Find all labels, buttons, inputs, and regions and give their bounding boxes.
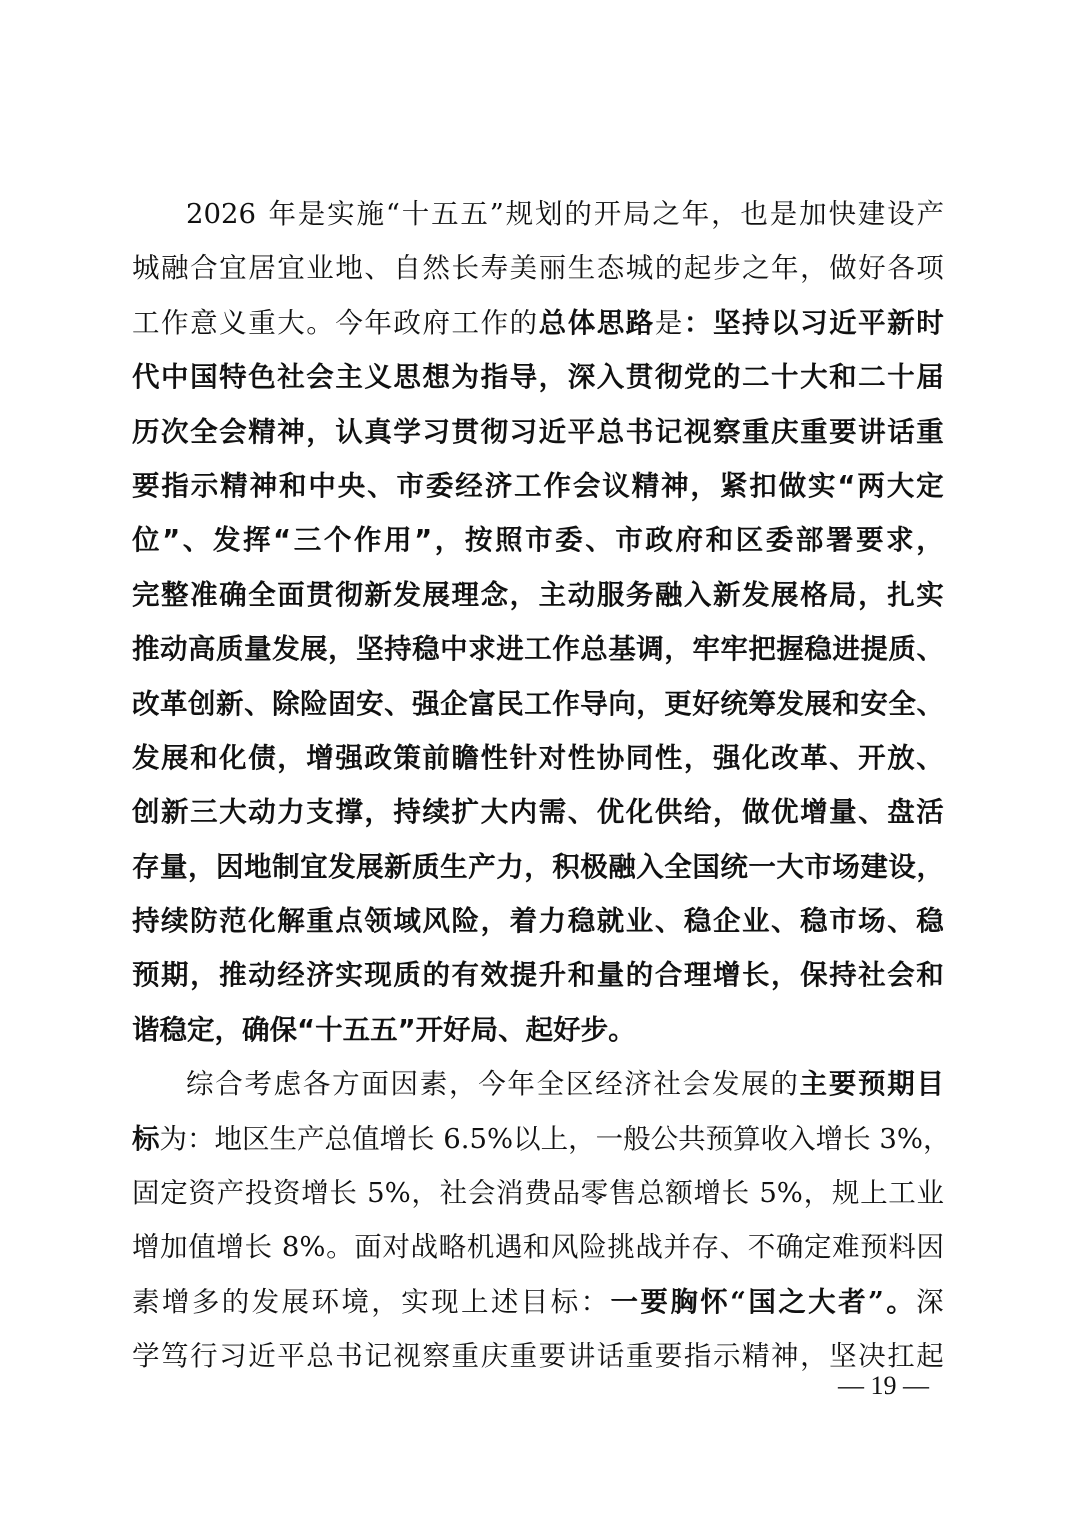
body-text: 并 (663, 1220, 691, 1274)
body-text: 料 (888, 1220, 916, 1274)
emphasis-heiti-text: 策 (393, 731, 421, 785)
emphasis-heiti-text: 扩 (452, 785, 480, 839)
emphasis-heiti-text: 防 (190, 894, 218, 948)
body-text: 融 (161, 241, 189, 295)
emphasis-heiti-text: 盘 (887, 785, 915, 839)
emphasis-heiti-text: 好 (692, 677, 720, 731)
body-text: 确 (776, 1220, 804, 1274)
body-text: 话 (597, 1329, 625, 1383)
emphasis-heiti-text: 局 (471, 1003, 499, 1057)
body-text: 年 (268, 187, 296, 241)
emphasis-heiti-text: 次 (161, 405, 189, 459)
emphasis-heiti-text: 入 (636, 840, 664, 894)
emphasis-heiti-text: 用 (384, 513, 412, 567)
emphasis-heiti-text: 国 (692, 840, 720, 894)
emphasis-heiti-text: 、 (244, 677, 272, 731)
body-text (435, 1112, 444, 1166)
emphasis-heiti-text: ， (481, 894, 509, 948)
emphasis-heiti-text: 照 (495, 513, 523, 567)
emphasis-heiti-text: 书 (626, 405, 654, 459)
emphasis-heiti-text: ， (771, 948, 799, 1002)
emphasis-heiti-text: 展 (161, 731, 189, 785)
emphasis-heiti-text: 展 (771, 568, 799, 622)
emphasis-heiti-text: ， (690, 459, 718, 513)
emphasis-heiti-text: 深 (568, 350, 596, 404)
emphasis-heiti-text: 市 (397, 459, 425, 513)
body-text: 是 (298, 187, 326, 241)
emphasis-heiti-text: 指 (161, 459, 189, 513)
emphasis-heiti-text: 给 (684, 785, 712, 839)
emphasis-heiti-text: 想 (422, 350, 450, 404)
body-text: 工 (888, 1166, 916, 1220)
emphasis-heiti-text: 神 (277, 405, 305, 459)
bold-text: 之 (778, 1275, 806, 1329)
body-text: 寿 (481, 241, 509, 295)
body-text: 各 (887, 241, 915, 295)
body-text: 长 (843, 1112, 871, 1166)
emphasis-heiti-text: 制 (272, 840, 300, 894)
bold-text: ” (868, 1275, 884, 1329)
emphasis-heiti-text: 稳 (412, 622, 440, 676)
emphasis-heiti-text: 活 (916, 785, 944, 839)
emphasis-heiti-text: 精 (220, 459, 248, 513)
body-text: 近 (248, 1329, 276, 1383)
body-text: 地 (215, 1112, 243, 1166)
body-text: 上 (541, 1112, 569, 1166)
emphasis-heiti-text: 作 (543, 459, 571, 513)
page-number: — 19 — (838, 1371, 929, 1401)
emphasis-heiti-text: 五 (343, 1003, 371, 1057)
text-line: 代中国特色社会主义思想为指导，深入贯彻党的二十大和二十届 (132, 350, 944, 404)
body-text: 的 (564, 187, 592, 241)
body-text: 总 (637, 1166, 665, 1220)
emphasis-heiti-text: 讲 (858, 405, 886, 459)
emphasis-heiti-text: 极 (580, 840, 608, 894)
body-text: 设 (887, 187, 915, 241)
emphasis-heiti-text: 政 (645, 513, 673, 567)
emphasis-heiti-text: 务 (626, 568, 654, 622)
emphasis-heiti-text: 全 (190, 405, 218, 459)
body-text: 学 (132, 1329, 160, 1383)
emphasis-heiti-text: 面 (277, 568, 305, 622)
emphasis-heiti-text: 坚 (356, 622, 384, 676)
body-text: 态 (597, 241, 625, 295)
emphasis-heiti-text: 统 (720, 677, 748, 731)
body-text: 长 (407, 1112, 435, 1166)
emphasis-heiti-text: 、 (498, 1003, 526, 1057)
emphasis-heiti-text: ， (713, 785, 741, 839)
emphasis-heiti-text: 国 (190, 350, 218, 404)
emphasis-heiti-text: 力 (277, 785, 305, 839)
body-text: 察 (422, 1329, 450, 1383)
body-text: 社 (654, 1057, 682, 1111)
body-text: 好 (858, 241, 886, 295)
body-text: 五 (431, 187, 459, 241)
body-text: 对 (382, 1220, 410, 1274)
emphasis-heiti-text: 总 (580, 622, 608, 676)
emphasis-heiti-text: 三 (190, 785, 218, 839)
emphasis-heiti-text: 十 (315, 1003, 343, 1057)
emphasis-heiti-text: 全 (248, 568, 276, 622)
body-text: 重 (248, 296, 276, 350)
text-line: 固定资产投资增长 5%，社会消费品零售总额增长 5%，规上工业 (132, 1166, 944, 1220)
body-text: 指 (684, 1329, 712, 1383)
body-text: 共 (678, 1112, 706, 1166)
emphasis-heiti-text: 个 (324, 513, 352, 567)
emphasis-heiti-text: 量 (597, 948, 625, 1002)
emphasis-heiti-text: 宜 (300, 840, 328, 894)
emphasis-heiti-text: 做 (779, 459, 807, 513)
emphasis-heiti-text: 续 (161, 894, 189, 948)
emphasis-heiti-text: 提 (860, 622, 888, 676)
emphasis-heiti-text: 会 (887, 948, 915, 1002)
emphasis-heiti-text: 增 (306, 731, 334, 785)
body-text: 施 (356, 187, 384, 241)
paragraph: 2026 年是实施“十五五”规划的开局之年，也是加快建设产城融合宜居宜业地、自然… (132, 187, 944, 1057)
emphasis-heiti-text: 学 (393, 405, 421, 459)
text-line: 工作意义重大。今年政府工作的总体思路是：坚持以习近平新时 (132, 296, 944, 350)
emphasis-heiti-text: 社 (277, 350, 305, 404)
body-text: 济 (624, 1057, 652, 1111)
emphasis-heiti-text: 政 (364, 731, 392, 785)
emphasis-heiti-text: 量 (829, 785, 857, 839)
emphasis-heiti-text: 筹 (748, 677, 776, 731)
body-text: 工 (452, 296, 480, 350)
emphasis-heiti-text: 化 (219, 731, 247, 785)
body-text: 业 (916, 1166, 944, 1220)
emphasis-heiti-text: 念 (481, 568, 509, 622)
emphasis-heiti-text: 和 (568, 948, 596, 1002)
body-text: 起 (684, 241, 712, 295)
emphasis-heiti-text: 部 (796, 513, 824, 567)
emphasis-heiti-text: 、 (858, 785, 886, 839)
body-text: 重 (510, 1329, 538, 1383)
emphasis-heiti-text: 、 (916, 677, 944, 731)
emphasis-heiti-text: 现 (364, 948, 392, 1002)
emphasis-heiti-text: 要 (829, 405, 857, 459)
emphasis-heiti-text: 积 (552, 840, 580, 894)
body-text: 以 (513, 1112, 541, 1166)
body-text: 5% (759, 1166, 803, 1220)
emphasis-heiti-text: 牢 (720, 622, 748, 676)
body-text: 合 (190, 241, 218, 295)
emphasis-heiti-text: ： (684, 296, 712, 350)
emphasis-heiti-text: “ (273, 513, 291, 567)
emphasis-heiti-text: 产 (468, 840, 496, 894)
emphasis-heiti-text: 位 (132, 513, 160, 567)
emphasis-heiti-text: 导 (580, 677, 608, 731)
emphasis-heiti-text: 质 (216, 622, 244, 676)
body-text: 考 (244, 1057, 272, 1111)
body-text: 书 (335, 1329, 363, 1383)
body-text: 规 (506, 187, 534, 241)
emphasis-heiti-text: 稳 (160, 1003, 188, 1057)
emphasis-heiti-text: 委 (766, 513, 794, 567)
body-text: 年 (682, 187, 710, 241)
emphasis-heiti-text: 彻 (481, 405, 509, 459)
emphasis-heiti-text: 化 (626, 785, 654, 839)
body-text: ， (923, 1112, 951, 1166)
body-text: ， (800, 1329, 828, 1383)
emphasis-heiti-text: 动 (248, 948, 276, 1002)
body-text: 略 (439, 1220, 467, 1274)
body-text: 机 (467, 1220, 495, 1274)
body-text: 深 (916, 1275, 944, 1329)
emphasis-heiti-text: ， (858, 568, 886, 622)
emphasis-heiti-text: 记 (655, 405, 683, 459)
emphasis-heiti-text: 总 (597, 405, 625, 459)
body-text: 长 (722, 1166, 750, 1220)
bold-text: 国 (748, 1275, 776, 1329)
emphasis-heiti-text: 求 (886, 513, 914, 567)
body-text: 宜 (277, 241, 305, 295)
emphasis-heiti-text: 重 (916, 405, 944, 459)
emphasis-heiti-text: 认 (335, 405, 363, 459)
emphasis-heiti-text: 的 (713, 350, 741, 404)
emphasis-heiti-text: 进 (832, 622, 860, 676)
body-text: ， (568, 1112, 596, 1166)
emphasis-heiti-text: 稳 (800, 894, 828, 948)
emphasis-heiti-text: 央 (338, 459, 366, 513)
emphasis-heiti-text: 作 (552, 677, 580, 731)
emphasis-heiti-text: 握 (776, 622, 804, 676)
emphasis-heiti-text: 坚 (713, 296, 741, 350)
emphasis-heiti-text: 除 (272, 677, 300, 731)
emphasis-heiti-text: 新 (384, 840, 412, 894)
emphasis-heiti-text: 化 (248, 894, 276, 948)
emphasis-heiti-text: 发 (272, 622, 300, 676)
body-text: 建 (858, 187, 886, 241)
body-text: 重 (626, 1329, 654, 1383)
emphasis-heiti-text: 展 (804, 677, 832, 731)
body-text: 重 (452, 1329, 480, 1383)
body-text: ， (411, 1166, 439, 1220)
emphasis-heiti-text: 入 (597, 350, 625, 404)
body-text: ， (800, 241, 828, 295)
body-text: 十 (402, 187, 430, 241)
text-line: 2026 年是实施“十五五”规划的开局之年，也是加快建设产 (132, 187, 944, 241)
emphasis-heiti-text: 动 (248, 785, 276, 839)
emphasis-heiti-text: 和 (829, 350, 857, 404)
emphasis-heiti-text: 力 (496, 840, 524, 894)
emphasis-heiti-text: 固 (328, 677, 356, 731)
emphasis-heiti-text: 以 (771, 296, 799, 350)
emphasis-heiti-text: 解 (277, 894, 305, 948)
body-text: ： (581, 1275, 609, 1329)
emphasis-heiti-text: 域 (393, 894, 421, 948)
emphasis-heiti-text: 地 (244, 840, 272, 894)
body-text: 业 (306, 241, 334, 295)
body-text: 投 (245, 1166, 273, 1220)
body-text: 综 (186, 1057, 214, 1111)
emphasis-heiti-text: 保 (800, 948, 828, 1002)
body-text: 总 (306, 1329, 334, 1383)
emphasis-heiti-text: 大 (219, 785, 247, 839)
emphasis-heiti-text: 平 (568, 405, 596, 459)
emphasis-heiti-text: ， (916, 513, 944, 567)
emphasis-heiti-text: 指 (481, 350, 509, 404)
emphasis-heiti-text: 府 (676, 513, 704, 567)
emphasis-heiti-text: 重 (800, 405, 828, 459)
body-text: 产 (297, 1112, 325, 1166)
emphasis-heiti-text: 十 (771, 350, 799, 404)
emphasis-heiti-text: 、 (771, 894, 799, 948)
body-text: 挑 (607, 1220, 635, 1274)
emphasis-heiti-text: 平 (858, 296, 886, 350)
emphasis-heiti-text: 扎 (887, 568, 915, 622)
emphasis-heiti-text: 牢 (692, 622, 720, 676)
emphasis-heiti-text: 改 (771, 731, 799, 785)
body-text: 做 (829, 241, 857, 295)
body-text: 大 (277, 296, 305, 350)
text-line: 城融合宜居宜业地、自然长寿美丽生态城的起步之年，做好各项 (132, 241, 944, 295)
body-text: 神 (771, 1329, 799, 1383)
bold-text: 大 (808, 1275, 836, 1329)
body-text: 多 (192, 1275, 220, 1329)
emphasis-heiti-text: 开 (858, 731, 886, 785)
emphasis-heiti-text: 大 (481, 785, 509, 839)
body-text: 生 (568, 241, 596, 295)
body-text: 上 (860, 1166, 888, 1220)
emphasis-heiti-text: 市 (804, 840, 832, 894)
body-text: 城 (626, 241, 654, 295)
body-text: 年 (771, 241, 799, 295)
body-text: 府 (422, 296, 450, 350)
body-text: 快 (828, 187, 856, 241)
emphasis-heiti-text: 开 (416, 1003, 444, 1057)
emphasis-heiti-text: ” (162, 513, 180, 567)
emphasis-heiti-text: ” (414, 513, 432, 567)
emphasis-heiti-text: 业 (742, 894, 770, 948)
body-text: 售 (609, 1166, 637, 1220)
body-text: 展 (741, 1057, 769, 1111)
body-text: 境 (341, 1275, 369, 1329)
emphasis-heiti-text: 济 (306, 948, 334, 1002)
body-text: 存 (692, 1220, 720, 1274)
body-text: 加 (160, 1220, 188, 1274)
body-text: 风 (551, 1220, 579, 1274)
emphasis-heiti-text: 稳 (916, 894, 944, 948)
emphasis-heiti-text: 彻 (335, 568, 363, 622)
body-text: 平 (277, 1329, 305, 1383)
emphasis-heiti-text: 三 (294, 513, 322, 567)
body-text (273, 1220, 282, 1274)
body-text: 预 (706, 1112, 734, 1166)
emphasis-heiti-text: 历 (132, 405, 160, 459)
body-text: 固 (132, 1166, 160, 1220)
body-text: 增 (816, 1112, 844, 1166)
body-text: 行 (190, 1329, 218, 1383)
emphasis-heiti-text: 主 (335, 350, 363, 404)
body-text: 经 (595, 1057, 623, 1111)
body-text (871, 1112, 880, 1166)
body-text: 实 (327, 187, 355, 241)
emphasis-heiti-text: 市 (829, 894, 857, 948)
emphasis-heiti-text: 代 (132, 350, 160, 404)
emphasis-heiti-text: 新 (161, 785, 189, 839)
body-text: 步 (713, 241, 741, 295)
emphasis-heiti-text: 大 (800, 350, 828, 404)
emphasis-heiti-text: 发 (213, 513, 241, 567)
emphasis-heiti-text: 场 (832, 840, 860, 894)
emphasis-heiti-text: 业 (626, 894, 654, 948)
emphasis-heiti-text: 总 (539, 296, 567, 350)
body-text: 定 (160, 1166, 188, 1220)
text-line: 创新三大动力支撑，持续扩大内需、优化供给，做优增量、盘活 (132, 785, 944, 839)
body-text: 战 (410, 1220, 438, 1274)
emphasis-heiti-text: 挥 (243, 513, 271, 567)
body-text: ， (711, 187, 739, 241)
emphasis-heiti-text: 企 (440, 677, 468, 731)
body-text: 入 (788, 1112, 816, 1166)
emphasis-heiti-text: 义 (364, 350, 392, 404)
emphasis-heiti-text: 发 (742, 568, 770, 622)
body-text: 作 (481, 296, 509, 350)
body-text: 增 (301, 1166, 329, 1220)
emphasis-heiti-text: 期 (161, 948, 189, 1002)
emphasis-heiti-text: 性 (568, 731, 596, 785)
emphasis-heiti-text: 发 (776, 677, 804, 731)
emphasis-heiti-text: 质 (412, 840, 440, 894)
body-text: 虑 (274, 1057, 302, 1111)
emphasis-heiti-text: 真 (364, 405, 392, 459)
body-text: 习 (219, 1329, 247, 1383)
body-text: 年 (507, 1057, 535, 1111)
emphasis-heiti-text: 求 (468, 622, 496, 676)
body-text: 之 (742, 241, 770, 295)
emphasis-heiti-text: 主 (800, 1057, 828, 1111)
emphasis-heiti-text: 新 (216, 677, 244, 731)
emphasis-heiti-text: 实 (335, 948, 363, 1002)
body-text: 笃 (161, 1329, 189, 1383)
text-line: 位”、发挥“三个作用”，按照市委、市政府和区委部署要求， (132, 513, 944, 567)
emphasis-heiti-text: 全 (664, 840, 692, 894)
body-text: 也 (740, 187, 768, 241)
body-text: 素 (420, 1057, 448, 1111)
body-text: 义 (219, 296, 247, 350)
body-text (750, 1166, 759, 1220)
emphasis-heiti-text: 色 (248, 350, 276, 404)
emphasis-heiti-text: 续 (422, 785, 450, 839)
body-text: 加 (799, 187, 827, 241)
emphasis-heiti-text: 展 (422, 568, 450, 622)
emphasis-heiti-text: ， (510, 568, 538, 622)
emphasis-heiti-text: 近 (829, 296, 857, 350)
emphasis-heiti-text: 需 (539, 785, 567, 839)
emphasis-heiti-text: 议 (602, 459, 630, 513)
emphasis-heiti-text: 把 (748, 622, 776, 676)
emphasis-heiti-text: 和 (279, 459, 307, 513)
emphasis-heiti-text: 察 (713, 405, 741, 459)
emphasis-heiti-text: 贯 (306, 568, 334, 622)
text-line: 存量，因地制宜发展新质生产力，积极融入全国统一大市场建设， (132, 840, 944, 894)
body-text: 精 (742, 1329, 770, 1383)
emphasis-heiti-text: 持 (384, 622, 412, 676)
text-line: 历次全会精神，认真学习贯彻习近平总书记视察重庆重要讲话重 (132, 405, 944, 459)
emphasis-heiti-text: 革 (800, 731, 828, 785)
emphasis-heiti-text: 支 (306, 785, 334, 839)
emphasis-heiti-text: 场 (858, 894, 886, 948)
emphasis-heiti-text: 五 (370, 1003, 398, 1057)
body-text: 各 (303, 1057, 331, 1111)
emphasis-heiti-text: 好 (443, 1003, 471, 1057)
body-text: 是 (770, 187, 798, 241)
paragraph: 综合考虑各方面因素，今年全区经济社会发展的主要预期目标为：地区生产总值增长 6.… (132, 1057, 944, 1383)
emphasis-heiti-text: 化 (742, 731, 770, 785)
body-text: 目 (521, 1275, 549, 1329)
body-text: 开 (594, 187, 622, 241)
emphasis-heiti-text: 融 (655, 568, 683, 622)
